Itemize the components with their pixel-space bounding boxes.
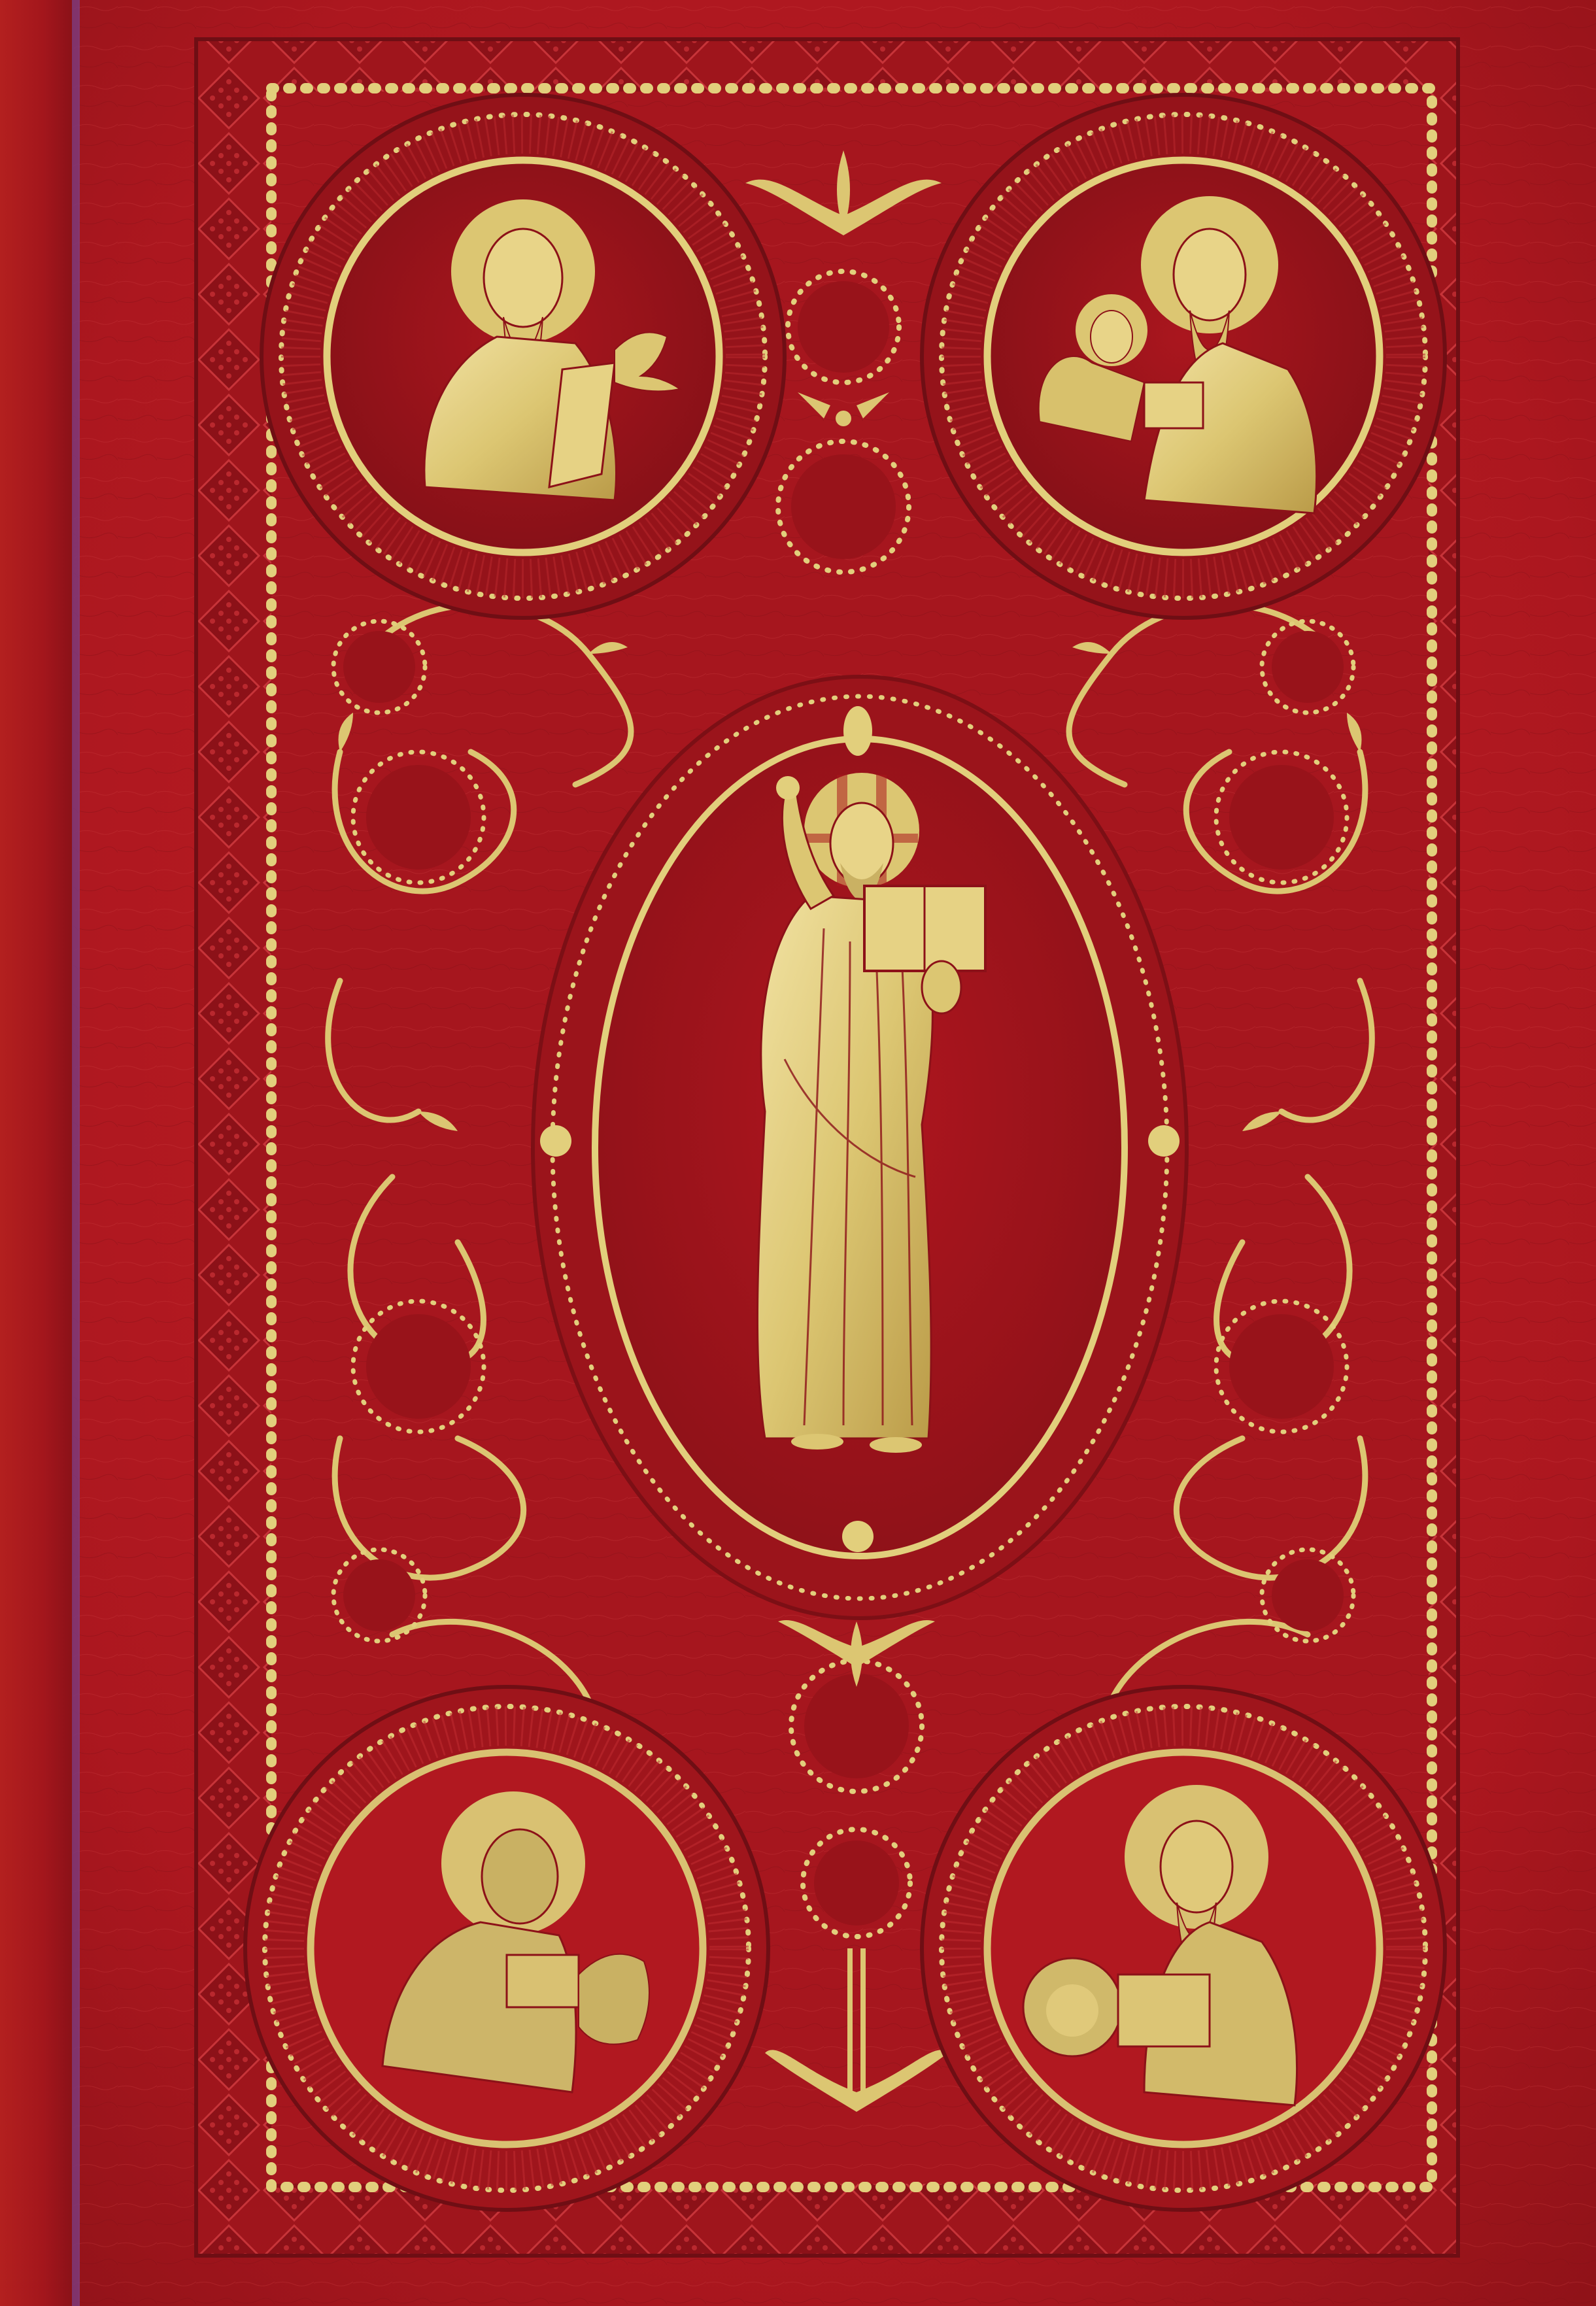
- book-cover: [0, 0, 1596, 2306]
- spine: [0, 0, 80, 2306]
